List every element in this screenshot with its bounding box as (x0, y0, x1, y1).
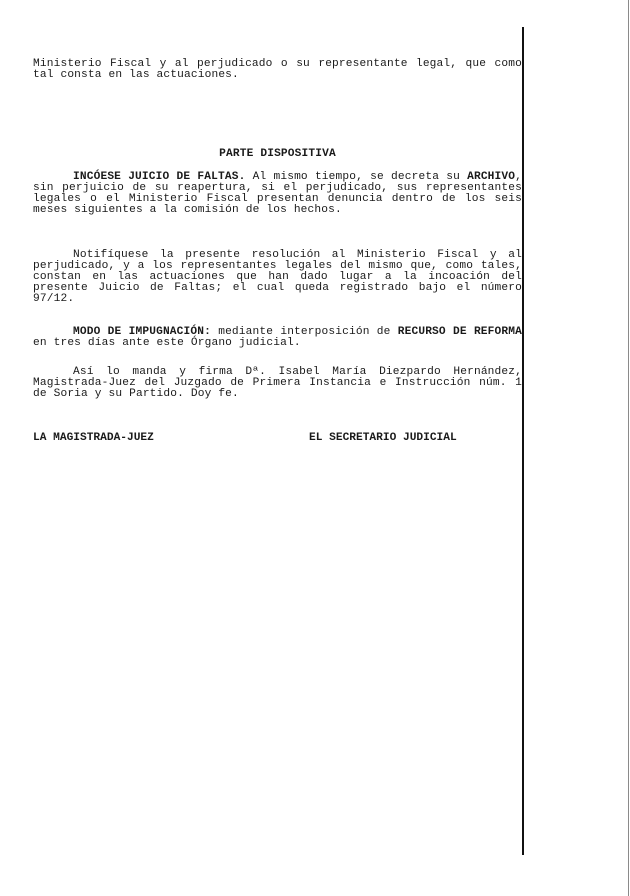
document-page: Ministerio Fiscal y al perjudicado o su … (0, 0, 630, 896)
paragraph-3-block: MODO DE IMPUGNACIÓN: mediante interposic… (33, 327, 522, 349)
signature-secretario: EL SECRETARIO JUDICIAL (309, 433, 457, 444)
intro-paragraph-block: Ministerio Fiscal y al perjudicado o su … (33, 59, 522, 81)
paragraph-archivo: INCÓESE JUICIO DE FALTAS. Al mismo tiemp… (33, 172, 522, 216)
intro-paragraph: Ministerio Fiscal y al perjudicado o su … (33, 59, 522, 81)
section-heading: PARTE DISPOSITIVA (33, 149, 522, 160)
paragraph-2-block: Notifíquese la presente resolución al Mi… (33, 250, 522, 305)
paragraph-impugnacion: MODO DE IMPUGNACIÓN: mediante interposic… (33, 327, 522, 349)
paragraph-notification: Notifíquese la presente resolución al Mi… (33, 250, 522, 305)
paragraph-3-text-b: en tres días ante este Órgano judicial. (33, 337, 301, 349)
section-heading-block: PARTE DISPOSITIVA (33, 149, 522, 160)
paragraph-4-block: Así lo manda y firma Dª. Isabel María Di… (33, 367, 522, 400)
margin-rule-line (522, 27, 524, 855)
paragraph-1-block: INCÓESE JUICIO DE FALTAS. Al mismo tiemp… (33, 172, 522, 216)
paragraph-firma: Así lo manda y firma Dª. Isabel María Di… (33, 367, 522, 400)
page-edge (628, 0, 629, 896)
paragraph-3-bold-mid: RECURSO DE REFORMA (398, 326, 522, 338)
signature-magistrada: LA MAGISTRADA-JUEZ (33, 433, 154, 444)
